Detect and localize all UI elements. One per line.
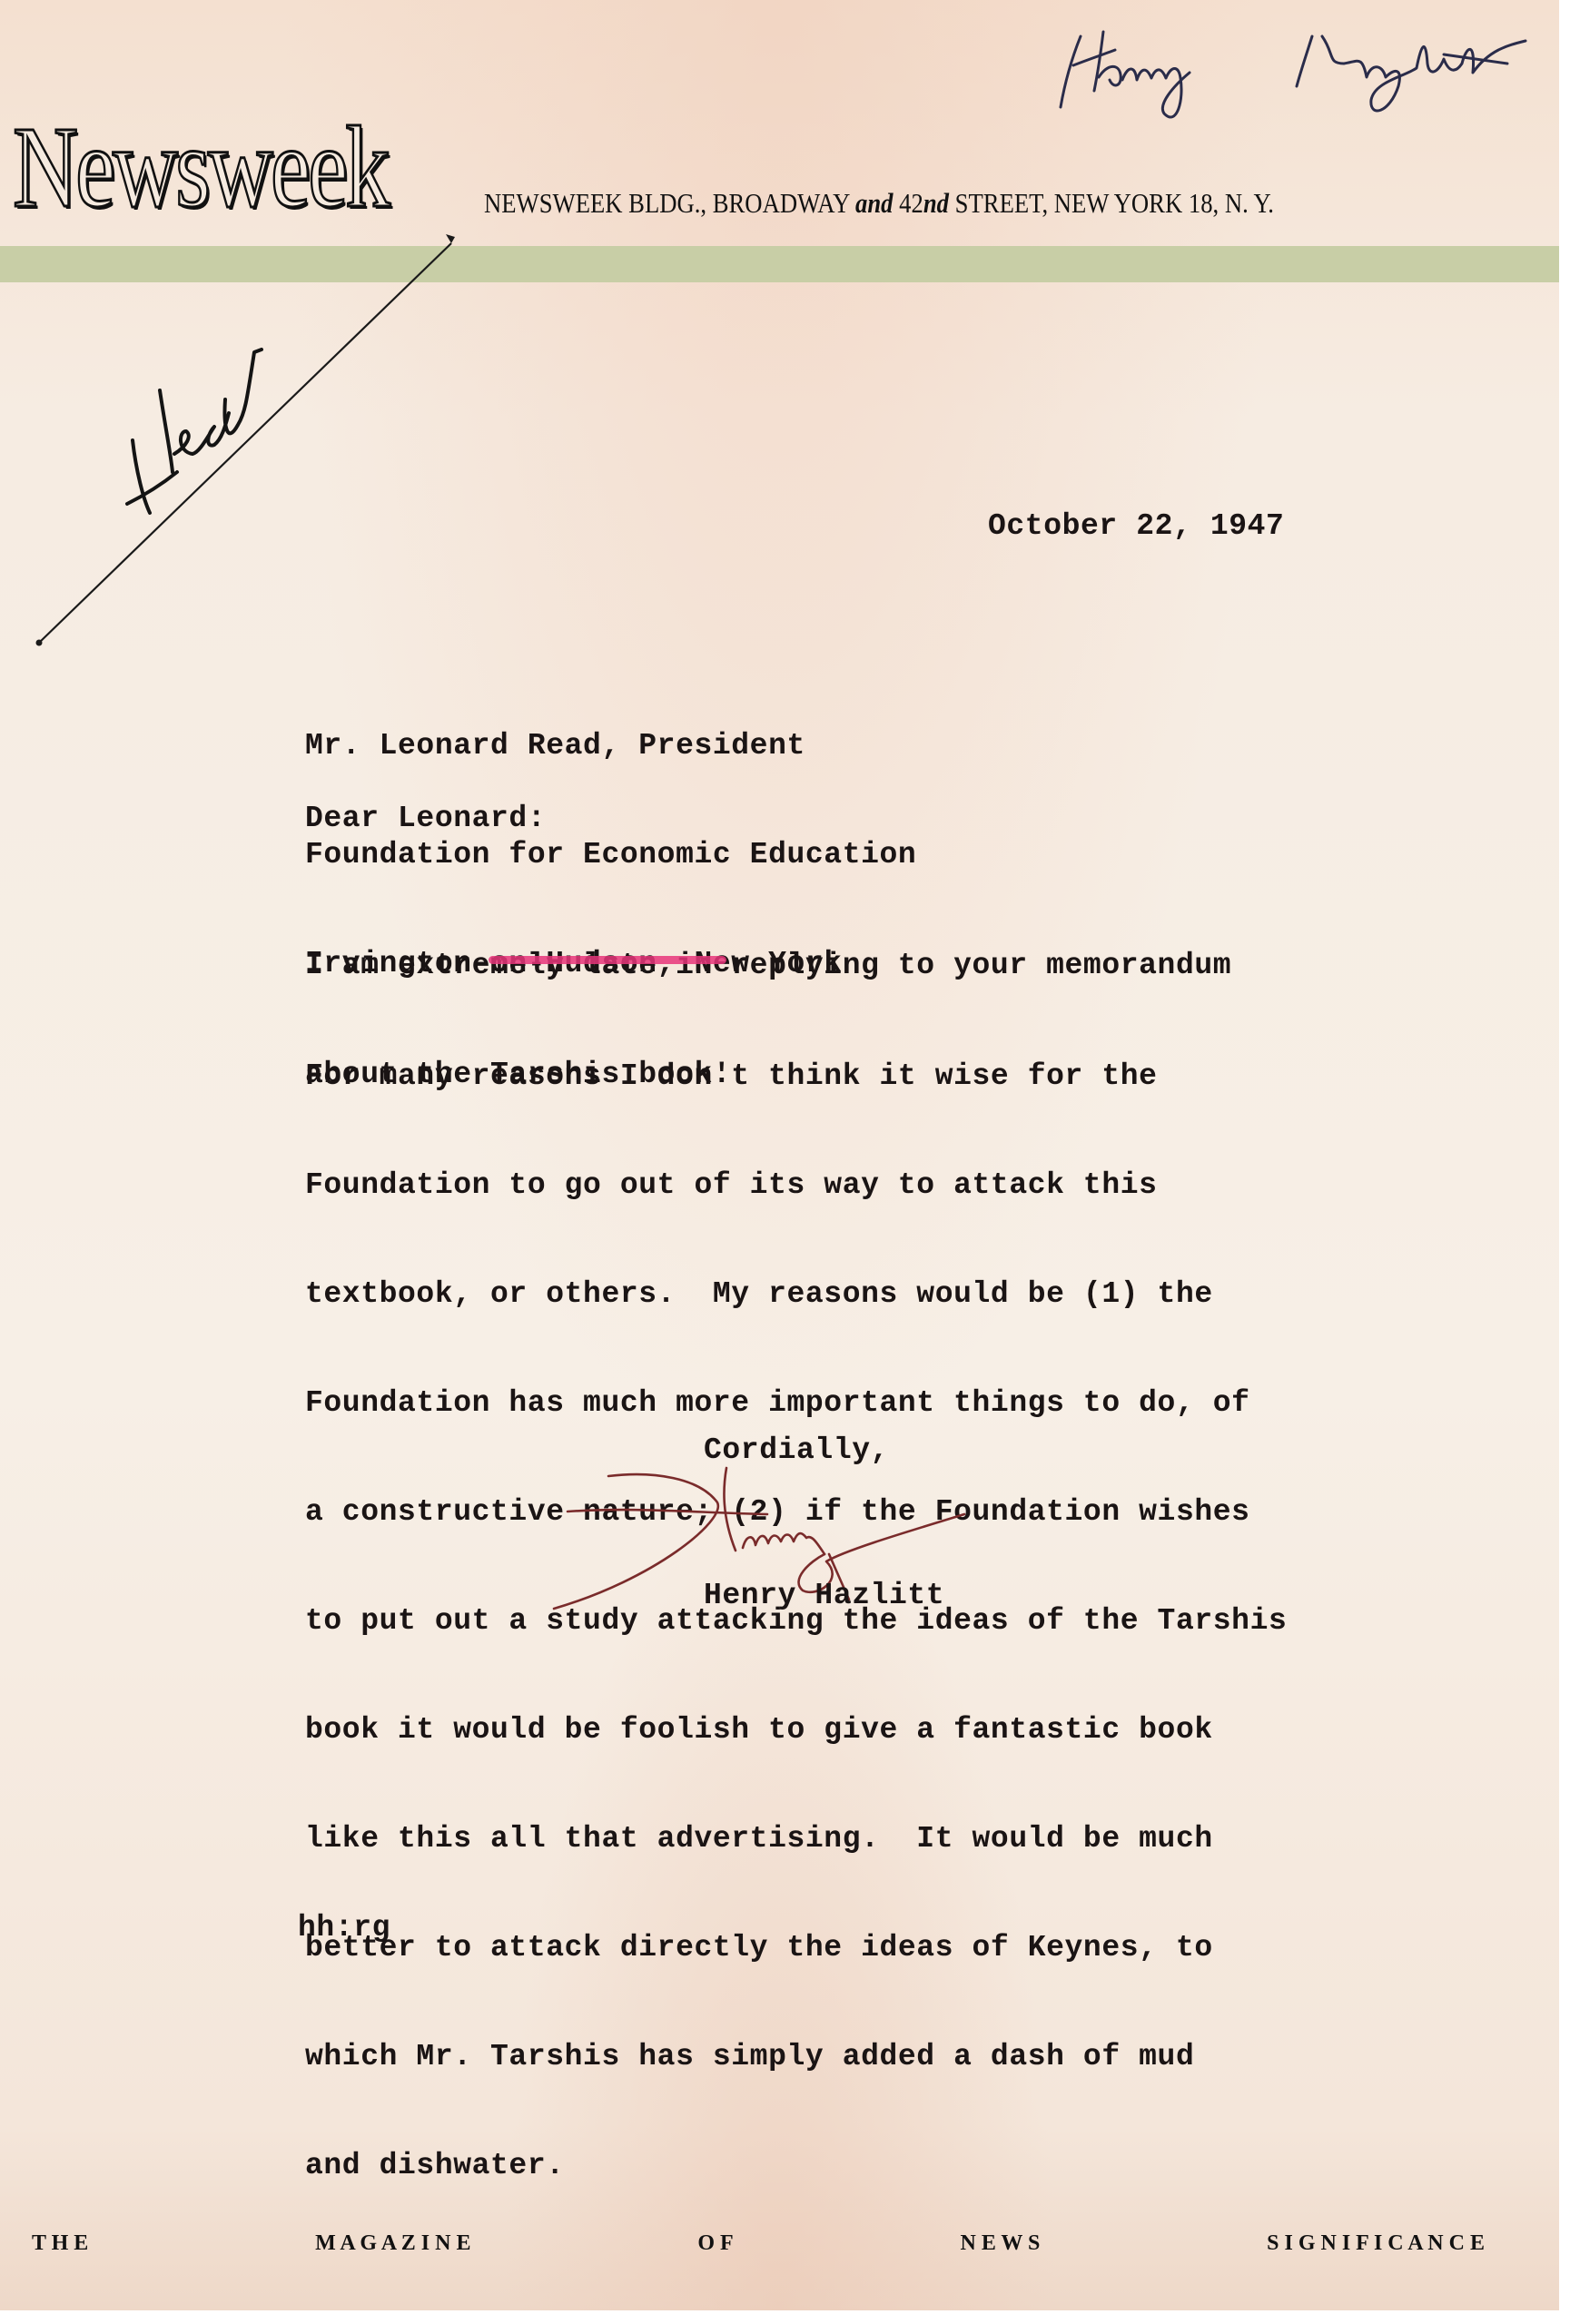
tagline-word: M A G A Z I N E	[315, 2231, 470, 2256]
tagline-word: O F	[697, 2231, 733, 2256]
reference-initials: hh:rg	[298, 1910, 390, 1946]
tagline-word: N E W S	[960, 2231, 1040, 2256]
tagline-word: S I G N I F I C A N C E	[1267, 2231, 1485, 2256]
signature-layer	[0, 0, 1570, 2324]
tagline-word: T H E	[32, 2231, 88, 2256]
typed-signer-name: Henry Hazlitt	[704, 1578, 944, 1614]
footer-tagline: T H E M A G A Z I N E O F N E W S S I G …	[32, 2231, 1485, 2256]
